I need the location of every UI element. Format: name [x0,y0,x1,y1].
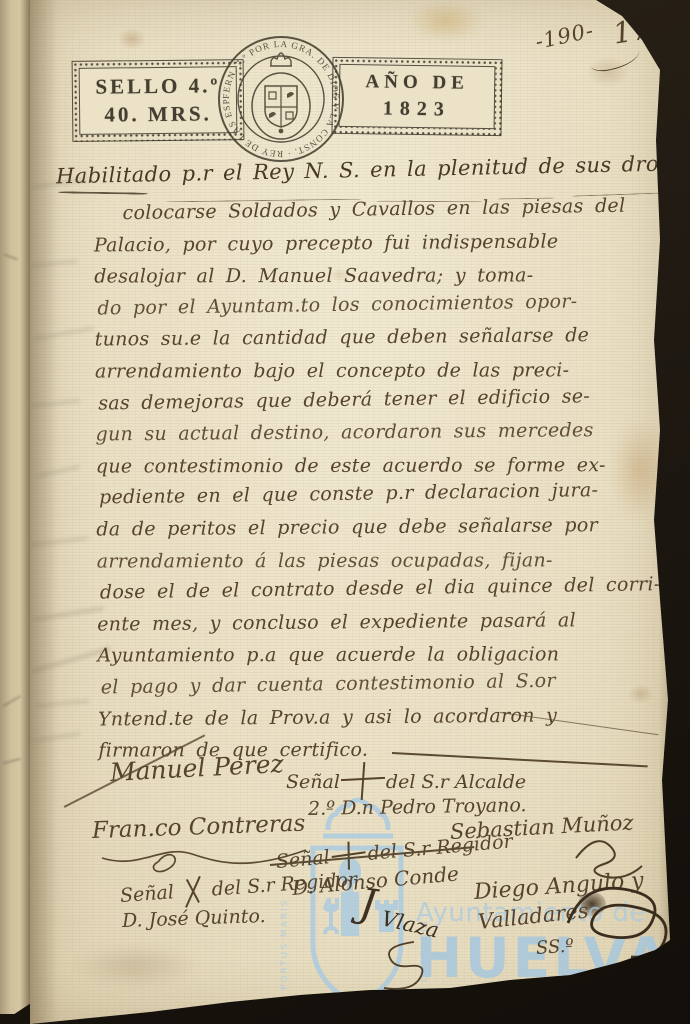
stamp-year-box: AÑO DE 1823 [331,57,502,136]
royal-seal-stamp: FERN. 7.º POR LA GRA. DE DIOS Y LA CONST… [210,28,352,170]
folio-number-pencil: -190- [533,18,596,54]
binding-mark [3,758,21,765]
body-line: gun su actual destino, acordaron sus mer… [95,419,670,456]
notary-flourish [370,938,436,994]
body-line: ente mes, y concluso el expediente pasar… [97,608,672,645]
x-mark [180,874,206,906]
senal-owner: del S.r Alcalde [386,771,526,793]
senal-label: Señal [286,771,340,793]
habilitacion-line: Habilitado p.r el Rey N. S. en la plenit… [56,152,666,189]
escribano-rubric [558,878,673,968]
body-line: Palacio, por cuyo precepto fui indispens… [94,229,669,266]
senal-label: Señal [119,881,174,907]
stain [70,944,200,988]
body-line: tunos su.e la cantidad que deben señalar… [95,324,670,361]
seal-shield [252,73,310,139]
body-line: colocarse Soldados y Cavallos en las pie… [96,194,668,234]
body-text: colocarse Soldados y Cavallos en las pie… [94,198,674,772]
body-line: pediente en el que conste p.r declaracio… [99,478,671,518]
signature-jose-quinto: D. José Quinto. [122,905,266,932]
stamp-year-label: AÑO DE [352,71,482,95]
body-line: da de peritos el precio que debe señalar… [96,513,671,550]
underline [58,191,148,195]
stamp-sello-class: SELLO 4.º [92,73,224,99]
binding-mark [3,695,21,707]
signature-contreras: Fran.co Contreras [92,811,306,844]
stamp-year-value: 1823 [352,97,482,122]
seal-crown-icon [270,53,292,66]
binding-mark [4,254,18,261]
stain [118,28,146,50]
watermark-motto-left: PORTUS MARIS [280,899,290,990]
signature-alcalde-deputy: 2.º D.n Pedro Troyano. [308,794,527,820]
folio-ink-flourish [588,43,641,74]
stain [408,0,484,42]
gutter-shadow [30,0,58,1024]
manuscript-page: PORTUS MARIS CUSTODIA Ayuntamiento de HU… [30,0,675,1024]
cross-mark [349,762,377,800]
photographed-document: PORTUS MARIS CUSTODIA Ayuntamiento de HU… [0,0,690,1024]
anchor-icon [323,898,339,934]
page-edge-shading [659,0,675,1024]
seal-pomegranate [279,129,284,134]
senal-owner: del S.r Regidor [367,830,514,865]
stamp-sello-value: 40. MRS. [92,101,224,127]
body-line: Yntend.te de la Prov.a y asi lo acordaro… [98,703,673,740]
